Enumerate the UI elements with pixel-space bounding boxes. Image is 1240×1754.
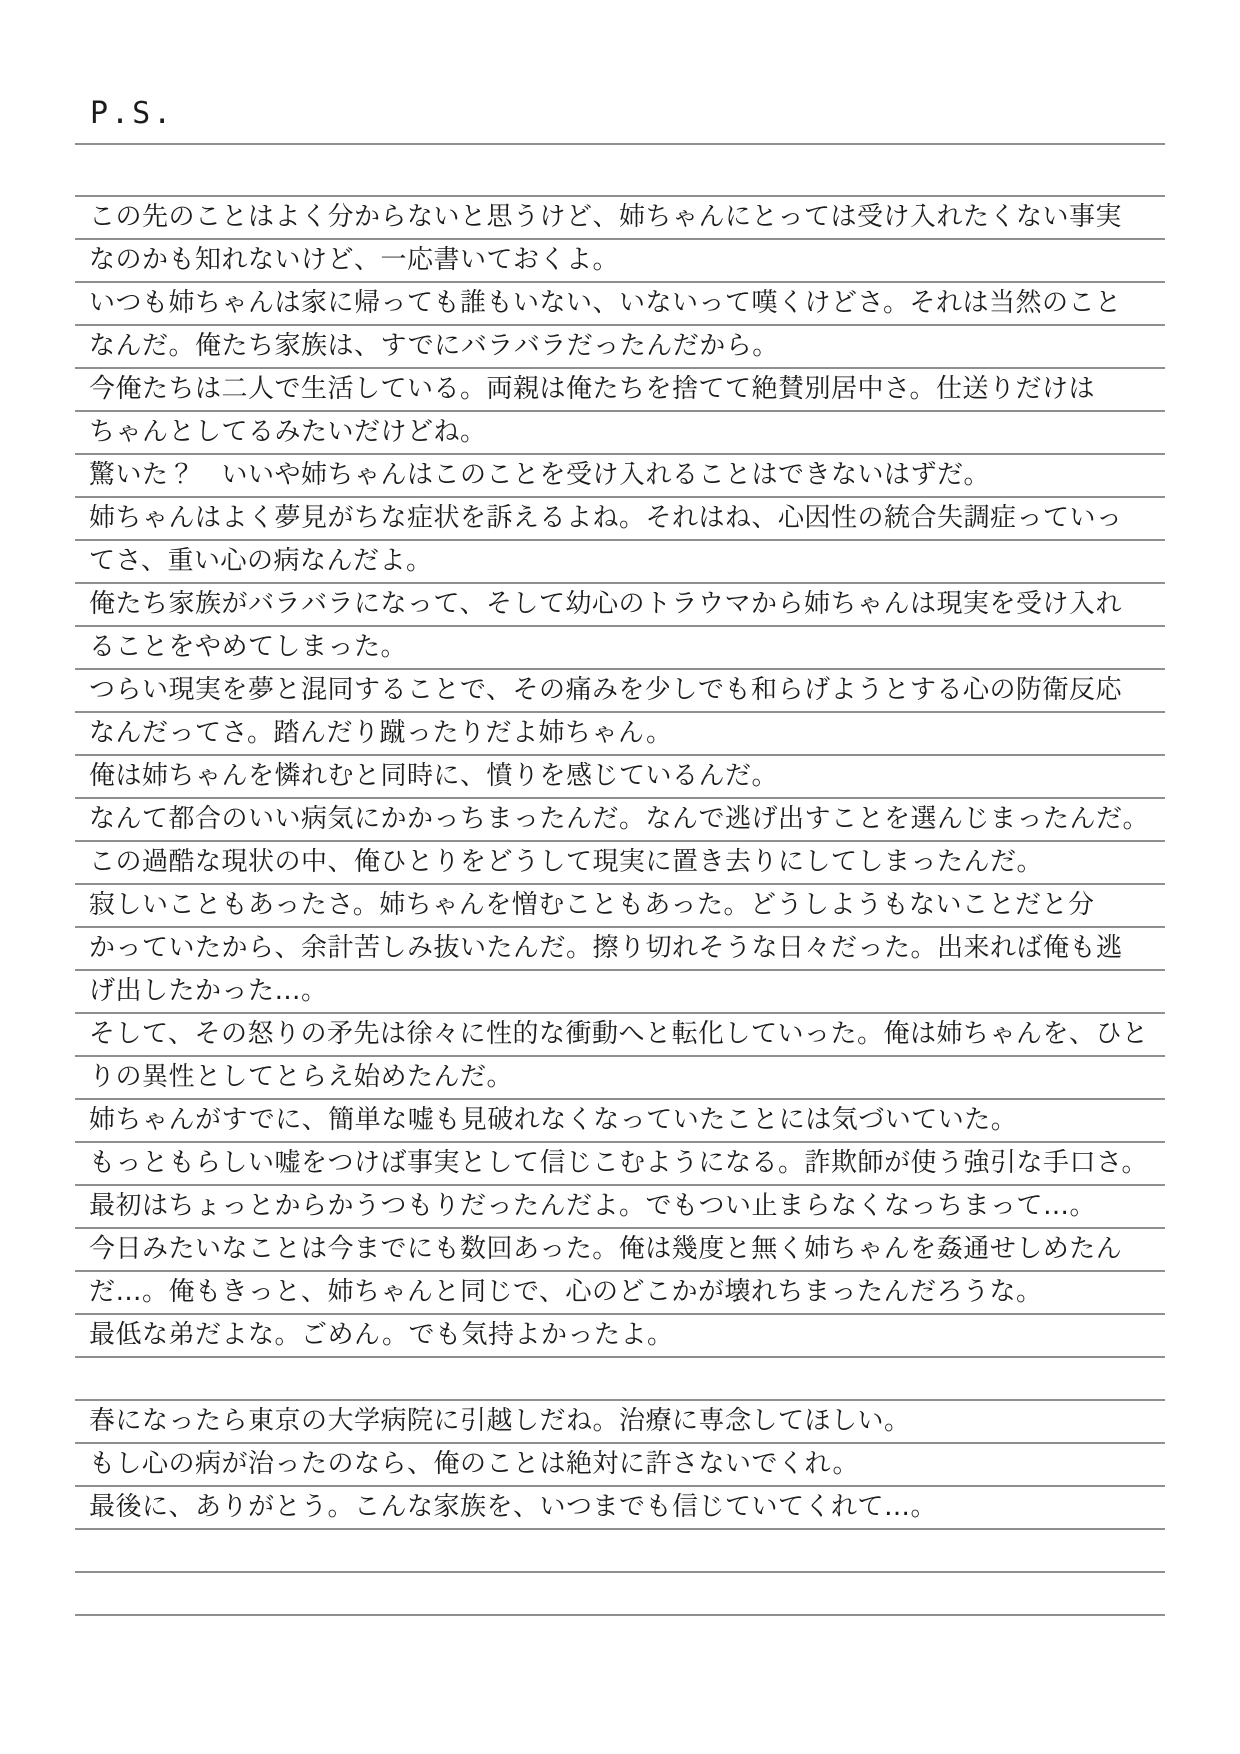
letter-line: もし心の病が治ったのなら、俺のことは絶対に許さないでくれ。 (75, 1444, 1165, 1487)
letter-line-text: げ出したかった…。 (75, 971, 328, 1012)
letter-line: なんだってさ。踏んだり蹴ったりだよ姉ちゃん。 (75, 713, 1165, 756)
letter-line-text: 俺たち家族がバラバラになって、そして幼心のトラウマから姉ちゃんは現実を受け入れ (75, 584, 1122, 625)
letter-line: そして、その怒りの矛先は徐々に性的な衝動へと転化していった。俺は姉ちゃんを、ひと (75, 1014, 1165, 1057)
letter-line: 春になったら東京の大学病院に引越しだね。治療に専念してほしい。 (75, 1401, 1165, 1444)
letter-line: 今日みたいなことは今までにも数回あった。俺は幾度と無く姉ちゃんを姦通せしめたん (75, 1229, 1165, 1272)
letter-line-text: 姉ちゃんはよく夢見がちな症状を訴えるよね。それはね、心因性の統合失調症っていっ (75, 498, 1123, 539)
letter-line: ちゃんとしてるみたいだけどね。 (75, 412, 1165, 455)
letter-line-text: この過酷な現状の中、俺ひとりをどうして現実に置き去りにしてしまったんだ。 (75, 842, 1043, 883)
letter-line-text: なんだ。俺たち家族は、すでにバラバラだったんだから。 (75, 326, 779, 367)
ruled-paper-area: この先のことはよく分からないと思うけど、姉ちゃんにとっては受け入れたくない事実 … (75, 143, 1165, 1616)
letter-line-text: 今日みたいなことは今までにも数回あった。俺は幾度と無く姉ちゃんを姦通せしめたん (75, 1229, 1122, 1270)
letter-line: なんだ。俺たち家族は、すでにバラバラだったんだから。 (75, 326, 1165, 369)
letter-line-text: 最後に、ありがとう。こんな家族を、いつまでも信じていてくれて…。 (75, 1487, 937, 1528)
letter-line: 俺たち家族がバラバラになって、そして幼心のトラウマから姉ちゃんは現実を受け入れ (75, 584, 1165, 627)
letter-line: てさ、重い心の病なんだよ。 (75, 541, 1165, 584)
letter-line-text: 俺は姉ちゃんを憐れむと同時に、憤りを感じているんだ。 (75, 756, 778, 797)
letter-line-text: なんだってさ。踏んだり蹴ったりだよ姉ちゃん。 (75, 713, 673, 754)
letter-line (75, 1530, 1165, 1573)
letter-line-text: てさ、重い心の病なんだよ。 (75, 541, 432, 582)
letter-line (75, 1573, 1165, 1616)
letter-line-text: もっともらしい嘘をつけば事実として信じこむようになる。詐欺師が使う強引な手口さ。 (75, 1143, 1148, 1184)
letter-line: つらい現実を夢と混同することで、その痛みを少しでも和らげようとする心の防衛反応 (75, 670, 1165, 713)
letter-line-text: この先のことはよく分からないと思うけど、姉ちゃんにとっては受け入れたくない事実 (75, 197, 1122, 238)
letter-line-text: りの異性としてとらえ始めたんだ。 (75, 1057, 513, 1098)
letter-line-text: つらい現実を夢と混同することで、その痛みを少しでも和らげようとする心の防衛反応 (75, 670, 1122, 711)
letter-line: りの異性としてとらえ始めたんだ。 (75, 1057, 1165, 1100)
letter-line: なのかも知れないけど、一応書いておくよ。 (75, 240, 1165, 283)
letter-line: 最低な弟だよな。ごめん。でも気持よかったよ。 (75, 1315, 1165, 1358)
letter-line-text: かっていたから、余計苦しみ抜いたんだ。擦り切れそうな日々だった。出来れば俺も逃 (75, 928, 1123, 969)
letter-line: 今俺たちは二人で生活している。両親は俺たちを捨てて絶賛別居中さ。仕送りだけは (75, 369, 1165, 412)
letter-page: P.S. この先のことはよく分からないと思うけど、姉ちゃんにとっては受け入れたく… (0, 0, 1240, 1754)
letter-line-text: 最低な弟だよな。ごめん。でも気持よかったよ。 (75, 1315, 674, 1356)
letter-line: 最初はちょっとからかうつもりだったんだよ。でもつい止まらなくなっちまって…。 (75, 1186, 1165, 1229)
letter-line: この先のことはよく分からないと思うけど、姉ちゃんにとっては受け入れたくない事実 (75, 197, 1165, 240)
letter-line: 姉ちゃんはよく夢見がちな症状を訴えるよね。それはね、心因性の統合失調症っていっ (75, 498, 1165, 541)
letter-line: 寂しいこともあったさ。姉ちゃんを憎むこともあった。どうしようもないことだと分 (75, 885, 1165, 928)
letter-line: ることをやめてしまった。 (75, 627, 1165, 670)
letter-line: 驚いた？ いいや姉ちゃんはこのことを受け入れることはできないはずだ。 (75, 455, 1165, 498)
letter-line: だ…。俺もきっと、姉ちゃんと同じで、心のどこかが壊れちまったんだろうな。 (75, 1272, 1165, 1315)
letter-line-text: 今俺たちは二人で生活している。両親は俺たちを捨てて絶賛別居中さ。仕送りだけは (75, 369, 1095, 410)
letter-line: この過酷な現状の中、俺ひとりをどうして現実に置き去りにしてしまったんだ。 (75, 842, 1165, 885)
heading-gap-band (75, 145, 1165, 197)
letter-line: かっていたから、余計苦しみ抜いたんだ。擦り切れそうな日々だった。出来れば俺も逃 (75, 928, 1165, 971)
letter-line-text: 姉ちゃんがすでに、簡単な嘘も見破れなくなっていたことには気づいていた。 (75, 1100, 1017, 1141)
letter-line-text: なのかも知れないけど、一応書いておくよ。 (75, 240, 619, 281)
letter-line: もっともらしい嘘をつけば事実として信じこむようになる。詐欺師が使う強引な手口さ。 (75, 1143, 1165, 1186)
letter-line-text: いつも姉ちゃんは家に帰っても誰もいない、いないって嘆くけどさ。それは当然のこと (75, 283, 1121, 324)
letter-line-text: ることをやめてしまった。 (75, 627, 407, 668)
letter-line: いつも姉ちゃんは家に帰っても誰もいない、いないって嘆くけどさ。それは当然のこと (75, 283, 1165, 326)
letter-line: げ出したかった…。 (75, 971, 1165, 1014)
letter-line: 姉ちゃんがすでに、簡単な嘘も見破れなくなっていたことには気づいていた。 (75, 1100, 1165, 1143)
letter-line: なんて都合のいい病気にかかっちまったんだ。なんで逃げ出すことを選んじまったんだ。 (75, 799, 1165, 842)
letter-line-text: 最初はちょっとからかうつもりだったんだよ。でもつい止まらなくなっちまって…。 (75, 1186, 1096, 1227)
letter-lines: この先のことはよく分からないと思うけど、姉ちゃんにとっては受け入れたくない事実 … (75, 197, 1165, 1616)
letter-line-text: 春になったら東京の大学病院に引越しだね。治療に専念してほしい。 (75, 1401, 911, 1442)
letter-line-text: 驚いた？ いいや姉ちゃんはこのことを受け入れることはできないはずだ。 (75, 455, 990, 496)
letter-line-text: 寂しいこともあったさ。姉ちゃんを憎むこともあった。どうしようもないことだと分 (75, 885, 1094, 926)
letter-line-text: なんて都合のいい病気にかかっちまったんだ。なんで逃げ出すことを選んじまったんだ。 (75, 799, 1149, 840)
letter-line-text: だ…。俺もきっと、姉ちゃんと同じで、心のどこかが壊れちまったんだろうな。 (75, 1272, 1042, 1313)
letter-line (75, 1358, 1165, 1401)
letter-line: 俺は姉ちゃんを憐れむと同時に、憤りを感じているんだ。 (75, 756, 1165, 799)
ps-heading: P.S. (90, 96, 174, 131)
letter-line: 最後に、ありがとう。こんな家族を、いつまでも信じていてくれて…。 (75, 1487, 1165, 1530)
letter-line-text: もし心の病が治ったのなら、俺のことは絶対に許さないでくれ。 (75, 1444, 859, 1485)
letter-line-text: ちゃんとしてるみたいだけどね。 (75, 412, 487, 453)
letter-line-text: そして、その怒りの矛先は徐々に性的な衝動へと転化していった。俺は姉ちゃんを、ひと (75, 1014, 1148, 1055)
